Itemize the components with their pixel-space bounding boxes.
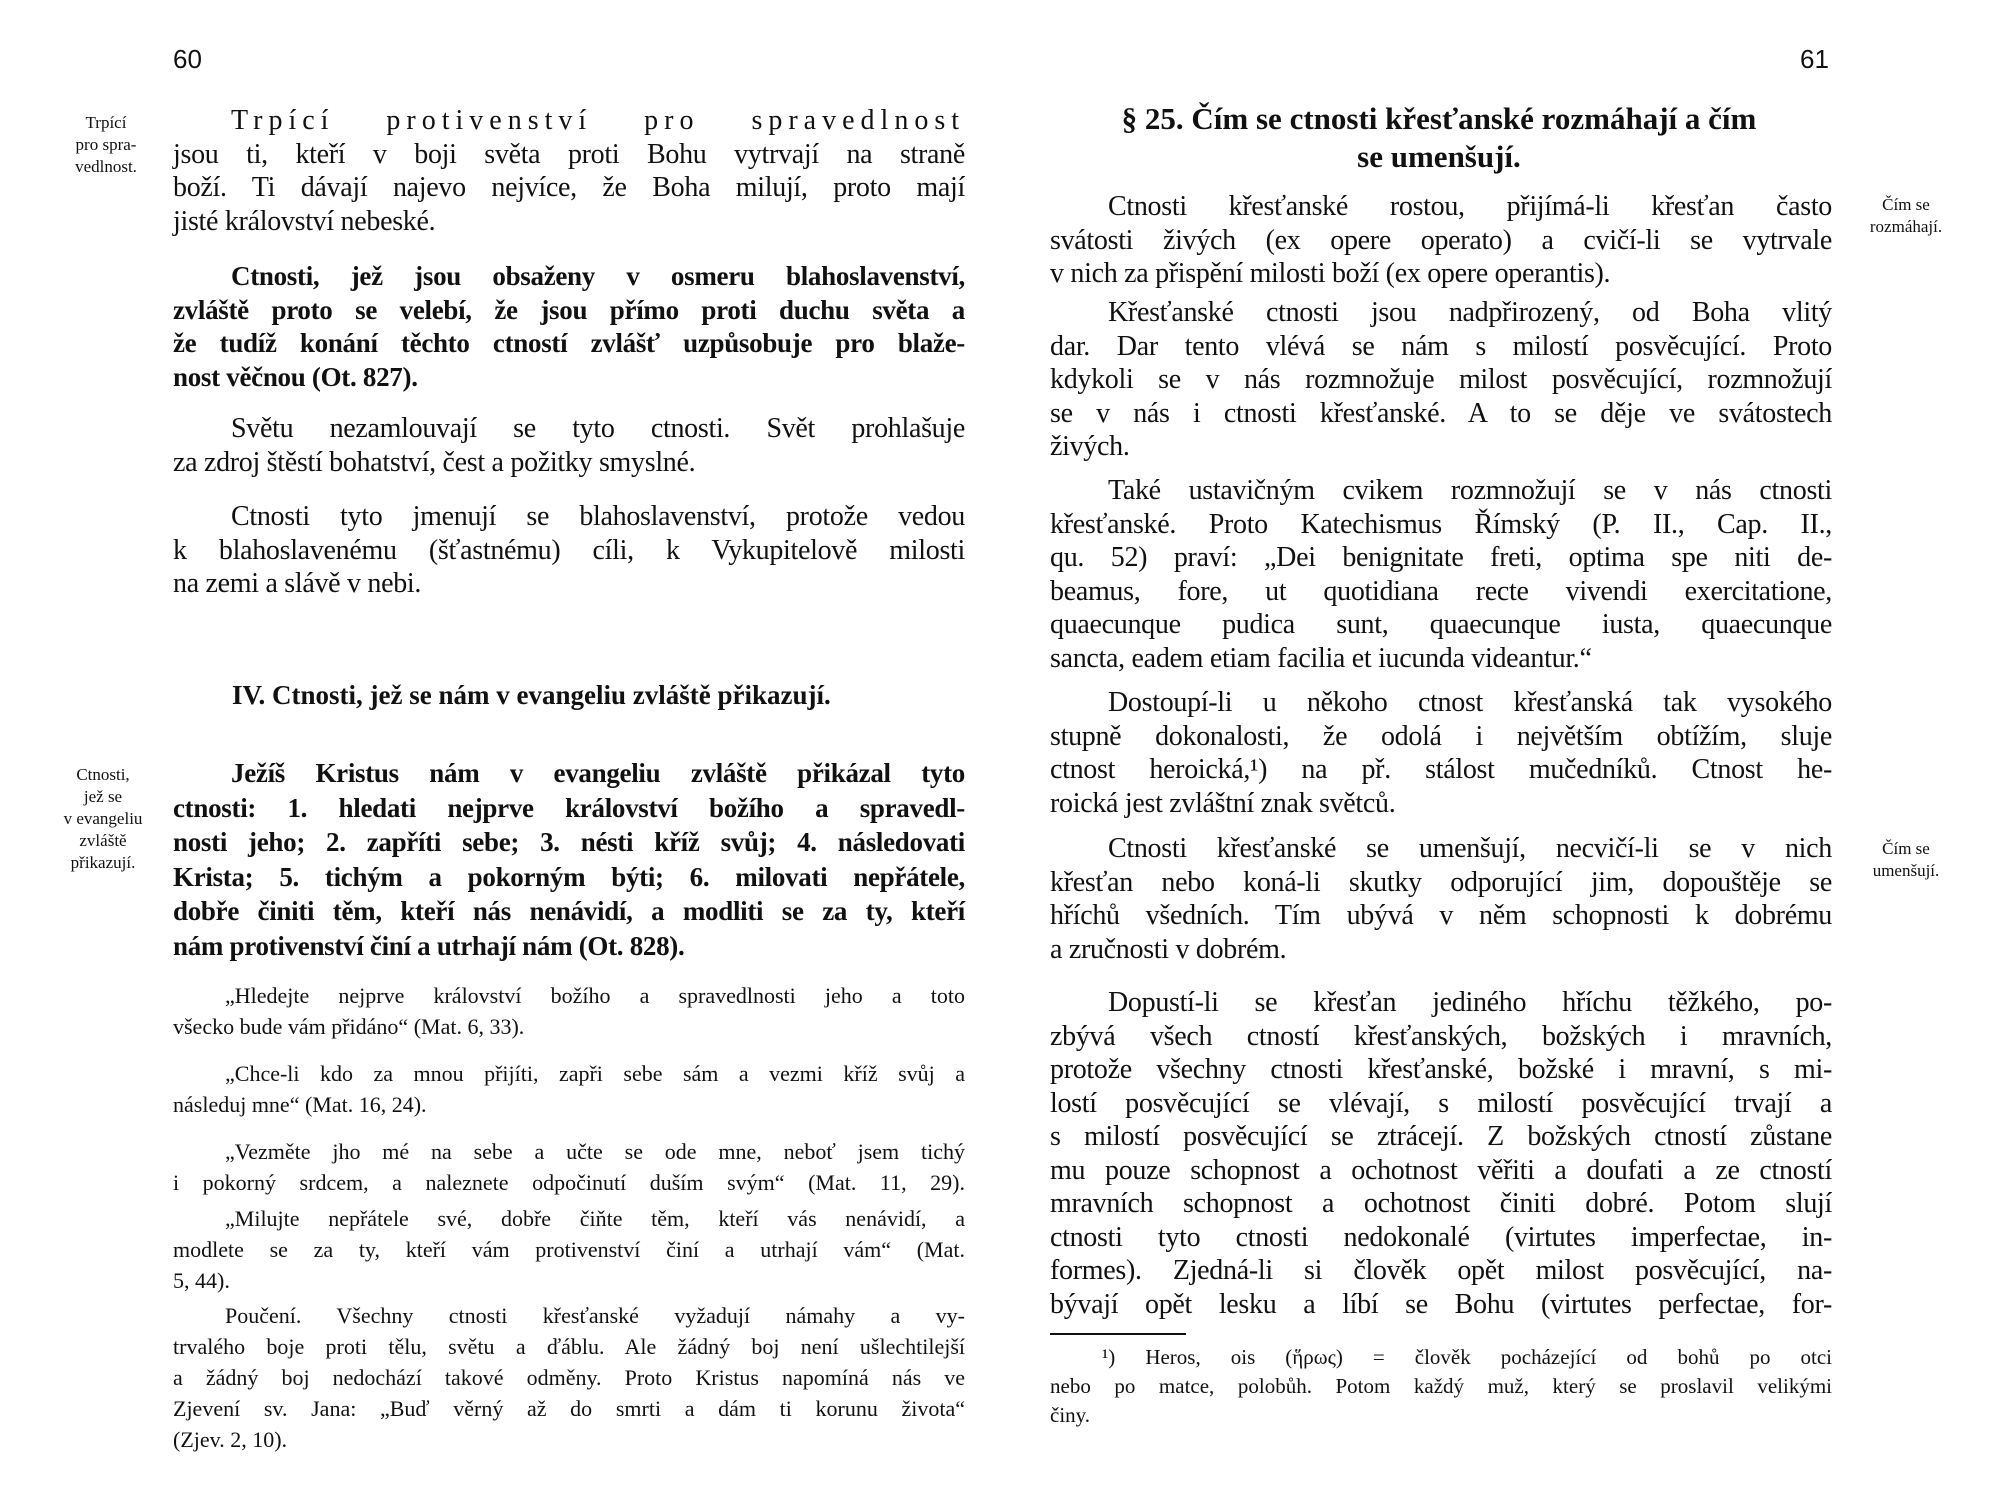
text-line: qu. 52) praví: „Dei benignitate freti, o… [1050, 541, 1832, 575]
quote-mat-11-29: „Vezměte jho mé na sebe a učte se ode mn… [173, 1136, 965, 1198]
text-line: Zjevení sv. Jana: „Buď věrný až do smrti… [173, 1393, 965, 1424]
section-heading-iv: IV. Ctnosti, jež se nám v evangeliu zvlá… [232, 680, 831, 711]
margin-note-line: Čím se [1848, 838, 1964, 860]
text-line: formes). Zjedná-li si člověk opět milost… [1050, 1254, 1832, 1288]
heading-line: se umenšují. [1046, 138, 1832, 176]
text-line: k blahoslavenému (šťastnému) cíli, k Vyk… [173, 534, 965, 568]
quote-mat-5-44: „Milujte nepřátele své, dobře čiňte těm,… [173, 1203, 965, 1296]
text-line: Světu nezamlouvají se tyto ctnosti. Svět… [173, 412, 965, 446]
text-line: že tudíž konání těchto ctností zvlášť uz… [173, 327, 965, 361]
text-line: v nich za přispění milosti boží (ex oper… [1050, 257, 1832, 291]
margin-note-line: pro spra- [56, 134, 156, 156]
quote-mat-16-24: „Chce-li kdo za mnou přijíti, zapři sebe… [173, 1058, 965, 1120]
text-line: činy. [1050, 1401, 1832, 1430]
chapter-heading: § 25. Čím se ctnosti křesťanské rozmáhaj… [1046, 100, 1832, 176]
text-line: křesťan nebo koná-li skutky odporující j… [1050, 866, 1832, 900]
paragraph-blahoslavenstvi: Ctnosti tyto jmenují se blahoslavenství,… [173, 500, 965, 601]
text-line: Ctnosti křesťanské rostou, přijímá-li kř… [1050, 190, 1832, 224]
margin-note-evangeliu: Ctnosti, jež se v evangeliu zvláště přik… [44, 764, 162, 874]
margin-note-line: Čím se [1848, 194, 1964, 216]
footnote-heros: ¹) Heros, ois (ἥρως) = člověk pocházejíc… [1050, 1343, 1832, 1430]
text-line: dobře činiti těm, kteří nás nenávidí, a … [173, 894, 965, 929]
text-line: mu pouze schopnost a ochotnost věřiti a … [1050, 1154, 1832, 1188]
text-line: a žádný boj nedochází takové odměny. Pro… [173, 1362, 965, 1393]
text-line: sancta, eadem etiam facilia et iucunda v… [1050, 642, 1832, 676]
text-line: svátosti živých (ex opere operato) a cvi… [1050, 224, 1832, 258]
text-line: a zručnosti v dobrém. [1050, 933, 1832, 967]
paragraph-trpici: Trpící protivenství pro spravedlnost jso… [173, 104, 965, 238]
paragraph-rostou: Ctnosti křesťanské rostou, přijímá-li kř… [1050, 190, 1832, 291]
text-line: zbývá všech ctností křesťanských, božský… [1050, 1020, 1832, 1054]
text-line: quaecunque pudica sunt, quaecunque iusta… [1050, 608, 1832, 642]
margin-note-line: rozmáhají. [1848, 216, 1964, 238]
text-line: Trpící protivenství pro spravedlnost [173, 104, 965, 138]
text-line: ctnosti tyto ctnosti nedokonalé (virtute… [1050, 1221, 1832, 1255]
text-line: Křesťanské ctnosti jsou nadpřirozený, od… [1050, 296, 1832, 330]
text-line: Také ustavičným cvikem rozmnožují se v n… [1050, 474, 1832, 508]
text-line: nám protivenství činí a utrhají nám (Ot.… [173, 929, 965, 964]
paragraph-svetu: Světu nezamlouvají se tyto ctnosti. Svět… [173, 412, 965, 479]
text-line: roická jest zvláštní znak světců. [1050, 787, 1832, 821]
text-line: nebo po matce, polobůh. Potom každý muž,… [1050, 1372, 1832, 1401]
margin-note-rozmahaji: Čím se rozmáhají. [1848, 194, 1964, 238]
text-line: boží. Ti dávají najevo nejvíce, že Boha … [173, 171, 965, 205]
text-line: na zemi a slávě v nebi. [173, 567, 965, 601]
text-line: dar. Dar tento vlévá se nám s milostí po… [1050, 330, 1832, 364]
text-line: „Chce-li kdo za mnou přijíti, zapři sebe… [173, 1058, 965, 1089]
text-line: Poučení. Všechny ctnosti křesťanské vyža… [173, 1300, 965, 1331]
text-line: i pokorný srdcem, a naleznete odpočinutí… [173, 1167, 965, 1198]
paragraph-tezky-hrich: Dopustí-li se křesťan jediného hříchu tě… [1050, 986, 1832, 1321]
margin-note-line: zvláště [44, 830, 162, 852]
footnote-rule [1050, 1333, 1186, 1335]
text-line: Ctnosti křesťanské se umenšují, necvičí-… [1050, 832, 1832, 866]
text-line: s milostí posvěcující se ztrácejí. Z bož… [1050, 1120, 1832, 1154]
text-line: ¹) Heros, ois (ἥρως) = člověk pocházejíc… [1050, 1343, 1832, 1372]
margin-note-umensuji: Čím se umenšují. [1848, 838, 1964, 882]
text-line: bývají opět lesku a líbí se Bohu (virtut… [1050, 1288, 1832, 1322]
text-line: nosti jeho; 2. zapříti sebe; 3. nésti kř… [173, 825, 965, 860]
paragraph-heroicka: Dostoupí-li u někoho ctnost křesťanská t… [1050, 686, 1832, 820]
text-line: protože všechny ctnosti křesťanské, božs… [1050, 1053, 1832, 1087]
paragraph-osmero-blahoslavenstvi: Ctnosti, jež jsou obsaženy v osmeru blah… [173, 260, 965, 394]
text-line: stupně dokonalosti, že odolá i největším… [1050, 720, 1832, 754]
text-line: ctnost heroická,¹) na př. stálost mučedn… [1050, 753, 1832, 787]
text-line: ctnosti: 1. hledati nejprve království b… [173, 791, 965, 826]
paragraph-katechismus: Také ustavičným cvikem rozmnožují se v n… [1050, 474, 1832, 675]
text-line: „Vezměte jho mé na sebe a učte se ode mn… [173, 1136, 965, 1167]
margin-note-line: Ctnosti, [44, 764, 162, 786]
paragraph-pouceni: Poučení. Všechny ctnosti křesťanské vyža… [173, 1300, 965, 1455]
paragraph-nadprirozeny-dar: Křesťanské ctnosti jsou nadpřirozený, od… [1050, 296, 1832, 464]
quote-mat-6-33: „Hledejte nejprve království božího a sp… [173, 980, 965, 1042]
margin-note-trpici: Trpící pro spra- vedlnost. [56, 112, 156, 178]
text-line: se v nás i ctnosti křesťanské. A to se d… [1050, 397, 1832, 431]
page-number-right: 61 [1800, 44, 1829, 75]
text-line: 5, 44). [173, 1265, 965, 1296]
heading-line: § 25. Čím se ctnosti křesťanské rozmáhaj… [1046, 100, 1832, 138]
margin-note-line: jež se [44, 786, 162, 808]
margin-note-line: Trpící [56, 112, 156, 134]
text-line: následuj mne“ (Mat. 16, 24). [173, 1089, 965, 1120]
text-line: všecko bude vám přidáno“ (Mat. 6, 33). [173, 1011, 965, 1042]
text-line: zvláště proto se velebí, že jsou přímo p… [173, 294, 965, 328]
text-line: beamus, fore, ut quotidiana recte vivend… [1050, 575, 1832, 609]
text-line: Ctnosti, jež jsou obsaženy v osmeru blah… [173, 260, 965, 294]
margin-note-line: v evangeliu [44, 808, 162, 830]
text-line: živých. [1050, 430, 1832, 464]
text-line: „Milujte nepřátele své, dobře čiňte těm,… [173, 1203, 965, 1234]
text-line: Dostoupí-li u někoho ctnost křesťanská t… [1050, 686, 1832, 720]
text-line: křesťanské. Proto Katechismus Římský (P.… [1050, 508, 1832, 542]
text-line: jisté království nebeské. [173, 205, 965, 239]
text-line: nost věčnou (Ot. 827). [173, 361, 965, 395]
text-line: mravních schopnost a ochotnost činiti do… [1050, 1187, 1832, 1221]
text-line: (Zjev. 2, 10). [173, 1424, 965, 1455]
text-line: Ježíš Kristus nám v evangeliu zvláště př… [173, 756, 965, 791]
text-line: Krista; 5. tichým a pokorným býti; 6. mi… [173, 860, 965, 895]
paragraph-jezis-kristus: Ježíš Kristus nám v evangeliu zvláště př… [173, 756, 965, 963]
margin-note-line: umenšují. [1848, 860, 1964, 882]
text-line: hříchů všedních. Tím ubývá v něm schopno… [1050, 899, 1832, 933]
margin-note-line: přikazují. [44, 852, 162, 874]
text-line: modlete se za ty, kteří vám protivenství… [173, 1234, 965, 1265]
paragraph-umensuji: Ctnosti křesťanské se umenšují, necvičí-… [1050, 832, 1832, 966]
text-line: trvalého boje proti tělu, světu a ďáblu.… [173, 1331, 965, 1362]
margin-note-line: vedlnost. [56, 156, 156, 178]
text-line: „Hledejte nejprve království božího a sp… [173, 980, 965, 1011]
text-line: jsou ti, kteří v boji světa proti Bohu v… [173, 138, 965, 172]
text-line: Ctnosti tyto jmenují se blahoslavenství,… [173, 500, 965, 534]
text-line: kdykoli se v nás rozmnožuje milost posvě… [1050, 363, 1832, 397]
text-line: Dopustí-li se křesťan jediného hříchu tě… [1050, 986, 1832, 1020]
page-number-left: 60 [173, 44, 202, 75]
text-line: za zdroj štěstí bohatství, čest a požitk… [173, 446, 965, 480]
text-line: lostí posvěcující se vlévají, s milostí … [1050, 1087, 1832, 1121]
